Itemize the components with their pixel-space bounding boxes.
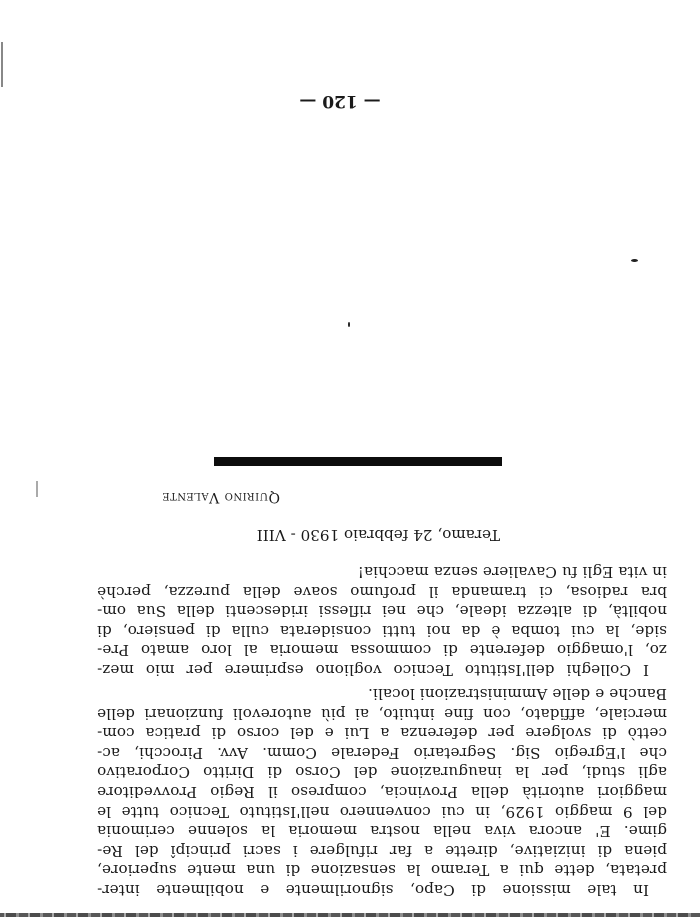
text-line: cettò di svolgere per deferenza a Lui e …	[97, 723, 667, 743]
paragraph-2: I Colleghi dell'Istituto Tecnico voglion…	[97, 561, 667, 679]
margin-mark	[1, 42, 3, 87]
text-line: piena di iniziative, dirette a far riful…	[97, 840, 667, 860]
scan-speck	[631, 259, 638, 262]
margin-mark	[36, 481, 38, 497]
scanner-edge	[0, 913, 700, 917]
text-line: side, la cui tomba è da noi tutti consid…	[97, 620, 667, 640]
text-line: agli studi, per la inaugurazione del Cor…	[97, 762, 667, 782]
text-line: merciale, affidato, con fine intuito, ai…	[97, 703, 667, 723]
text-line: del 9 maggio 1929, in cui convennero nel…	[97, 801, 667, 821]
text-line: pretata, dette qui a Teramo la sensazion…	[97, 860, 667, 880]
text-line: zo, l'omaggio deferente di commossa memo…	[97, 640, 667, 660]
dateline: Teramo, 24 febbraio 1930 - VIII	[257, 526, 500, 544]
text-line: che l'Egregio Sig. Segretario Federale C…	[97, 742, 667, 762]
scanned-page: In tale missione di Capo, signorilmente …	[0, 0, 700, 917]
text-line: maggiori autorità della Provincia, compr…	[97, 781, 667, 801]
text-line: Banche e delle Amministrazioni locali.	[97, 683, 667, 703]
text-line: I Colleghi dell'Istituto Tecnico voglion…	[97, 659, 667, 679]
page-number: — 120 —	[280, 91, 400, 111]
redaction-bar	[214, 457, 502, 466]
signature: Quirino Valente	[162, 489, 280, 505]
paragraph-1: In tale missione di Capo, signorilmente …	[97, 683, 667, 899]
text-line: In tale missione di Capo, signorilmente …	[97, 879, 667, 899]
text-line: bra radiosa, ci tramanda il profumo soav…	[97, 581, 667, 601]
text-line: gime. E' ancora viva nella nostra memori…	[97, 821, 667, 841]
scan-speck	[348, 322, 350, 327]
text-line: nobiltà, di altezza ideale, che nei rifl…	[97, 601, 667, 621]
text-line: in vita Egli fu Cavaliere senza macchia!	[97, 561, 667, 581]
